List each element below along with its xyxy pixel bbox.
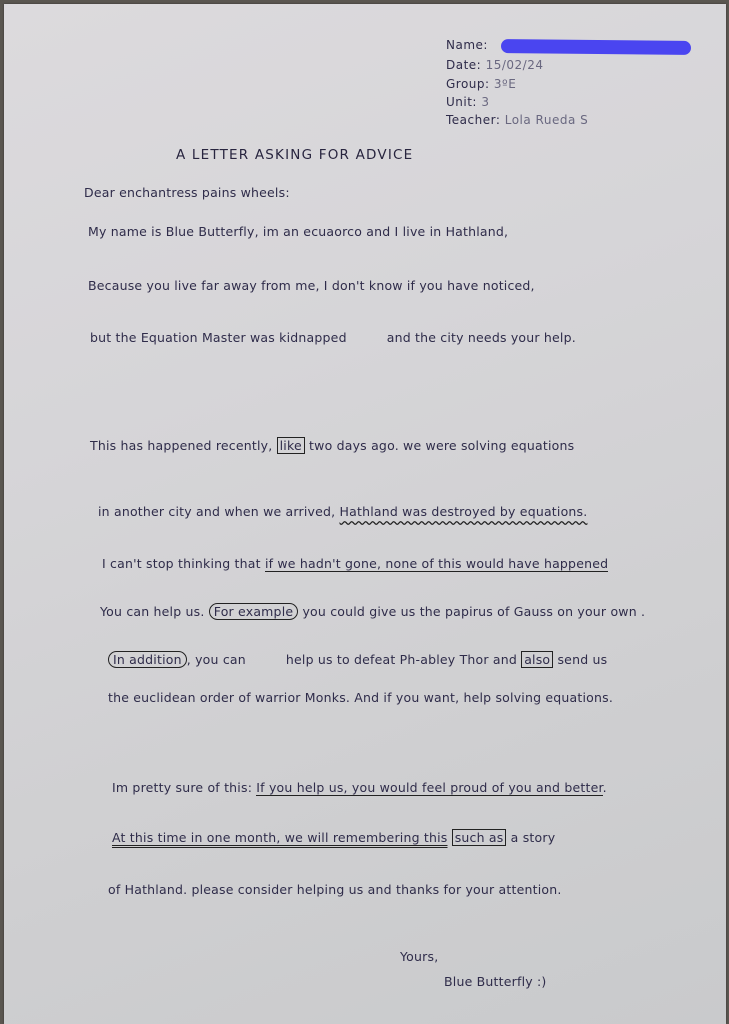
body-line-5: in another city and when we arrived, Hat…: [98, 504, 587, 519]
teacher-value: Lola Rueda S: [505, 113, 589, 127]
wavy-underlined-clause: Hathland was destroyed by equations.: [340, 504, 588, 519]
boxed-word-also: also: [521, 651, 553, 668]
greeting: Dear enchantress pains wheels:: [84, 185, 290, 200]
date-value: 15/02/24: [486, 58, 544, 72]
underlined-conditional: if we hadn't gone, none of this would ha…: [265, 556, 608, 572]
group-field: Group: 3ºE: [446, 77, 516, 91]
teacher-label: Teacher:: [446, 113, 500, 127]
body-line-6: I can't stop thinking that if we hadn't …: [102, 556, 608, 571]
boxed-word-such-as: such as: [452, 829, 507, 846]
line-5-part-a: in another city and when we arrived,: [98, 504, 335, 519]
line-8-part-c: send us: [557, 652, 607, 667]
underlined-conditional-2: If you help us, you would feel proud of …: [256, 780, 602, 796]
body-line-9: the euclidean order of warrior Monks. An…: [108, 690, 613, 705]
line-4-part-b: two days ago. we were solving equations: [309, 438, 574, 453]
line-8-part-a: , you can: [187, 652, 246, 667]
line-11-part-b: a story: [511, 830, 556, 845]
boxed-word-like: like: [277, 437, 305, 454]
circled-for-example: For example: [209, 603, 299, 620]
body-line-11: At this time in one month, we will remem…: [112, 830, 555, 845]
name-redaction: [501, 39, 691, 55]
teacher-field: Teacher: Lola Rueda S: [446, 113, 588, 127]
line-3-part-a: but the Equation Master was kidnapped: [90, 330, 347, 345]
body-line-4: This has happened recently, like two day…: [90, 438, 574, 453]
name-label: Name:: [446, 38, 488, 52]
signature: Blue Butterfly :): [444, 974, 547, 989]
letter-title: A LETTER ASKING FOR ADVICE: [176, 147, 413, 163]
line-3-part-b: and the city needs your help.: [387, 330, 576, 345]
date-label: Date:: [446, 58, 481, 72]
line-6-part-a: I can't stop thinking that: [102, 556, 261, 571]
unit-label: Unit:: [446, 95, 477, 109]
line-7-part-a: You can help us.: [100, 604, 205, 619]
unit-value: 3: [481, 95, 489, 109]
circled-in-addition: In addition: [108, 651, 187, 668]
group-label: Group:: [446, 77, 490, 91]
body-line-3: but the Equation Master was kidnappedand…: [90, 330, 576, 345]
group-value: 3ºE: [494, 77, 516, 91]
line-10-part-a: Im pretty sure of this:: [112, 780, 252, 795]
body-line-12: of Hathland. please consider helping us …: [108, 882, 562, 897]
line-10-part-b: .: [603, 780, 607, 795]
body-line-10: Im pretty sure of this: If you help us, …: [112, 780, 607, 795]
body-line-1: My name is Blue Butterfly, im an ecuaorc…: [88, 224, 508, 239]
date-field: Date: 15/02/24: [446, 58, 543, 72]
body-line-2: Because you live far away from me, I don…: [88, 278, 535, 293]
line-4-part-a: This has happened recently,: [90, 438, 272, 453]
line-7-part-b: you could give us the papirus of Gauss o…: [302, 604, 645, 619]
body-line-7: You can help us. For example you could g…: [100, 604, 645, 619]
line-8-part-b: help us to defeat Ph-abley Thor and: [286, 652, 517, 667]
body-line-8: In addition, you canhelp us to defeat Ph…: [108, 652, 607, 667]
unit-field: Unit: 3: [446, 95, 489, 109]
double-underlined-clause: At this time in one month, we will remem…: [112, 830, 448, 845]
closing: Yours,: [400, 949, 438, 964]
name-field: Name:: [446, 38, 488, 52]
letter-paper: Name: Date: 15/02/24 Group: 3ºE Unit: 3 …: [4, 4, 726, 1024]
